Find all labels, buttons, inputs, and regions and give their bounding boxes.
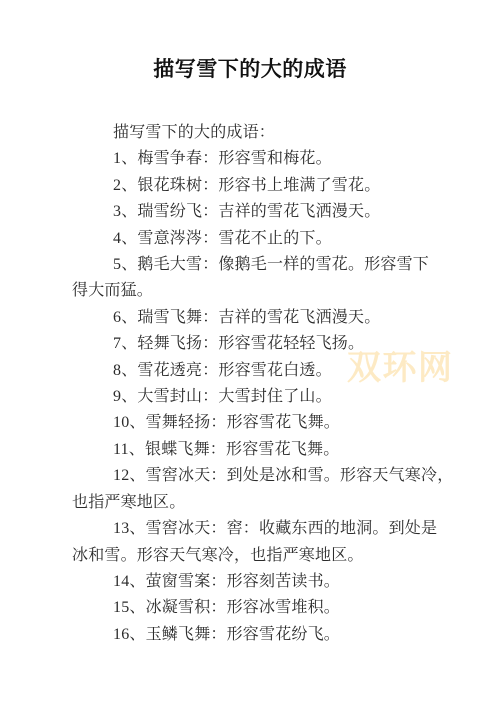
article-body: 描写雪下的大的成语：1、梅雪争春：形容雪和梅花。2、银花珠树：形容书上堆满了雪花… (72, 120, 444, 648)
text-line: 10、雪舞轻扬：形容雪花飞舞。 (72, 410, 444, 436)
text-line: 11、银蝶飞舞：形容雪花飞舞。 (72, 437, 444, 463)
text-line: 4、雪意涔涔：雪花不止的下。 (72, 226, 444, 252)
text-line: 7、轻舞飞扬：形容雪花轻轻飞扬。 (72, 331, 444, 357)
text-line: 5、鹅毛大雪：像鹅毛一样的雪花。形容雪下 (72, 252, 444, 278)
text-line: 也指严寒地区。 (72, 490, 444, 516)
text-line: 14、萤窗雪案：形容刻苦读书。 (72, 569, 444, 595)
text-line: 12、雪窖冰天：到处是冰和雪。形容天气寒冷， (72, 463, 444, 489)
text-line: 13、雪窖冰天：窖：收藏东西的地洞。到处是 (72, 516, 444, 542)
page-title: 描写雪下的大的成语 (0, 54, 500, 84)
text-line: 6、瑞雪飞舞：吉祥的雪花飞洒漫天。 (72, 305, 444, 331)
text-line: 16、玉鳞飞舞：形容雪花纷飞。 (72, 622, 444, 648)
text-line: 描写雪下的大的成语： (72, 120, 444, 146)
text-line: 8、雪花透亮：形容雪花白透。 (72, 358, 444, 384)
document-page: 描写雪下的大的成语 描写雪下的大的成语：1、梅雪争春：形容雪和梅花。2、银花珠树… (0, 0, 500, 707)
text-line: 得大而猛。 (72, 278, 444, 304)
text-line: 冰和雪。形容天气寒冷，也指严寒地区。 (72, 543, 444, 569)
text-line: 2、银花珠树：形容书上堆满了雪花。 (72, 173, 444, 199)
text-line: 3、瑞雪纷飞：吉祥的雪花飞洒漫天。 (72, 199, 444, 225)
text-line: 15、冰凝雪积：形容冰雪堆积。 (72, 595, 444, 621)
text-line: 1、梅雪争春：形容雪和梅花。 (72, 146, 444, 172)
text-line: 9、大雪封山：大雪封住了山。 (72, 384, 444, 410)
